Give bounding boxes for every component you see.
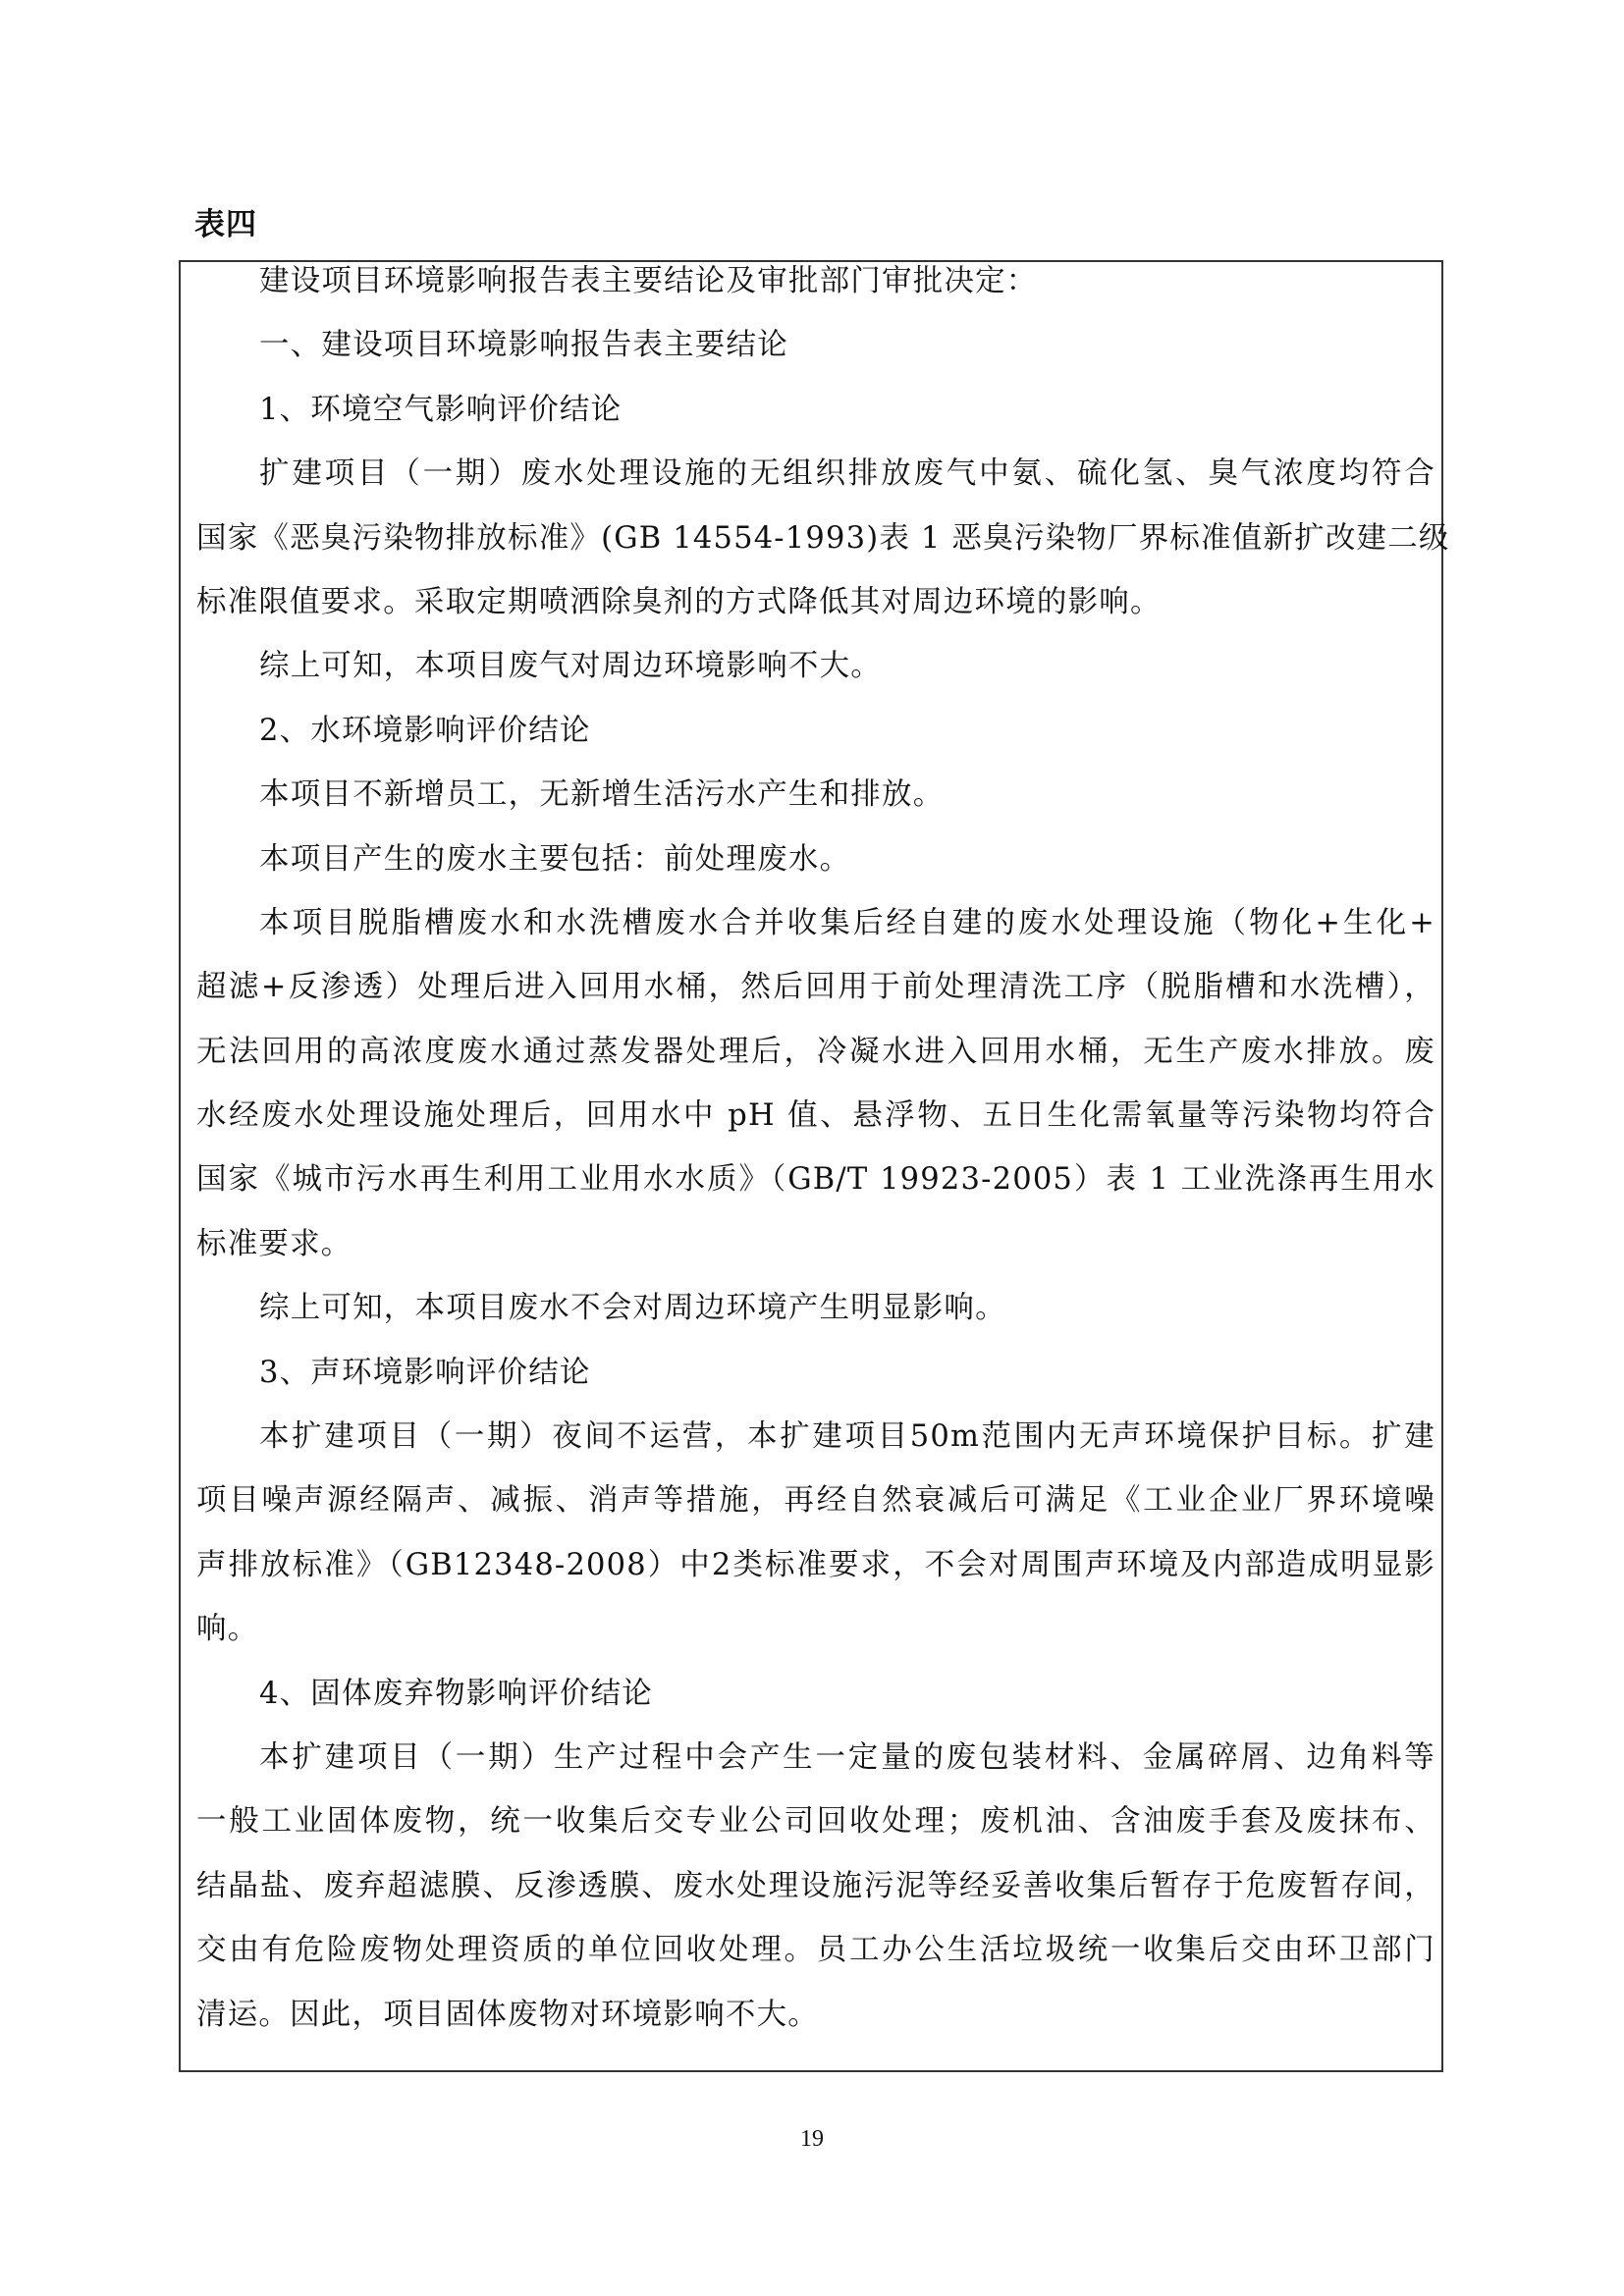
text-line: 一般工业固体废物，统一收集后交专业公司回收处理；废机油、含油废手套及废抹布、 bbox=[196, 1789, 1435, 1853]
text-line: 扩建项目（一期）废水处理设施的无组织排放废气中氨、硫化氢、臭气浓度均符合 bbox=[196, 442, 1435, 506]
text-line: 项目噪声源经隔声、减振、消声等措施，再经自然衰减后可满足《工业企业厂界环境噪 bbox=[196, 1468, 1435, 1532]
text-line: 综上可知，本项目废气对周边环境影响不大。 bbox=[196, 634, 1435, 698]
text-line: 无法回用的高浓度废水通过蒸发器处理后，冷凝水进入回用水桶，无生产废水排放。废 bbox=[196, 1020, 1435, 1084]
text-line: 声排放标准》（GB12348-2008）中2类标准要求，不会对周围声环境及内部造… bbox=[196, 1533, 1435, 1597]
text-line: 本项目脱脂槽废水和水洗槽废水合并收集后经自建的废水处理设施（物化+生化+ bbox=[196, 891, 1435, 955]
text-line: 标准要求。 bbox=[196, 1212, 1435, 1276]
text-line: 国家《恶臭污染物排放标准》(GB 14554-1993)表 1 恶臭污染物厂界标… bbox=[196, 507, 1435, 570]
table-title: 表四 bbox=[194, 199, 257, 243]
table-content: 建设项目环境影响报告表主要结论及审批部门审批决定：一、建设项目环境影响报告表主要… bbox=[196, 249, 1435, 2047]
text-line: 交由有危险废物处理资质的单位回收处理。员工办公生活垃圾统一收集后交由环卫部门 bbox=[196, 1918, 1435, 1982]
text-line: 3、声环境影响评价结论 bbox=[196, 1341, 1435, 1405]
text-line: 本扩建项目（一期）生产过程中会产生一定量的废包装材料、金属碎屑、边角料等 bbox=[196, 1726, 1435, 1789]
text-line: 超滤+反渗透）处理后进入回用水桶，然后回用于前处理清洗工序（脱脂槽和水洗槽）， bbox=[196, 955, 1435, 1019]
text-line: 1、环境空气影响评价结论 bbox=[196, 378, 1435, 442]
text-line: 水经废水处理设施处理后，回用水中 pH 值、悬浮物、五日生化需氧量等污染物均符合 bbox=[196, 1084, 1435, 1148]
page-number: 19 bbox=[0, 2126, 1624, 2153]
text-line: 综上可知，本项目废水不会对周边环境产生明显影响。 bbox=[196, 1276, 1435, 1340]
text-line: 清运。因此，项目固体废物对环境影响不大。 bbox=[196, 1983, 1435, 2047]
text-line: 本项目不新增员工，无新增生活污水产生和排放。 bbox=[196, 763, 1435, 827]
text-line: 结晶盐、废弃超滤膜、反渗透膜、废水处理设施污泥等经妥善收集后暂存于危废暂存间， bbox=[196, 1854, 1435, 1918]
text-line: 响。 bbox=[196, 1597, 1435, 1661]
text-line: 4、固体废弃物影响评价结论 bbox=[196, 1662, 1435, 1726]
text-line: 本扩建项目（一期）夜间不运营，本扩建项目50m范围内无声环境保护目标。扩建 bbox=[196, 1405, 1435, 1468]
text-line: 2、水环境影响评价结论 bbox=[196, 699, 1435, 763]
text-line: 一、建设项目环境影响报告表主要结论 bbox=[196, 313, 1435, 377]
text-line: 建设项目环境影响报告表主要结论及审批部门审批决定： bbox=[196, 249, 1435, 313]
text-line: 国家《城市污水再生利用工业用水水质》（GB/T 19923-2005）表 1 工… bbox=[196, 1148, 1435, 1211]
text-line: 标准限值要求。采取定期喷洒除臭剂的方式降低其对周边环境的影响。 bbox=[196, 570, 1435, 634]
text-line: 本项目产生的废水主要包括：前处理废水。 bbox=[196, 828, 1435, 891]
